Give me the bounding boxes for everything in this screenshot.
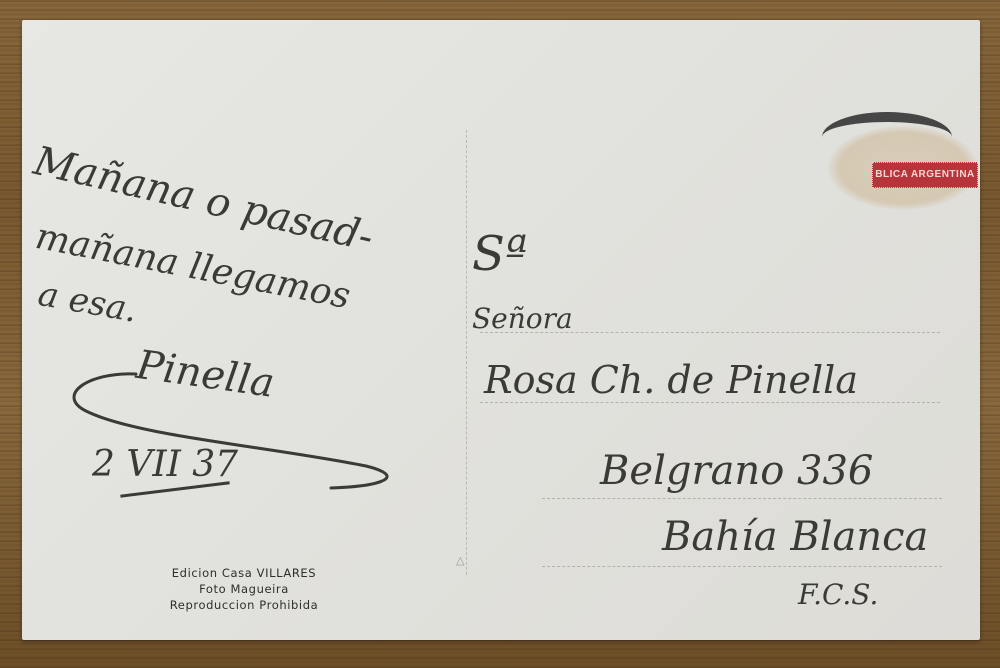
address-street: Belgrano 336	[600, 448, 873, 494]
date: 2 VII 37	[92, 444, 238, 485]
divider-triangle-icon: △	[456, 554, 464, 567]
publisher-imprint-line-1: Edicion Casa VILLARES	[134, 565, 354, 581]
postage-stamp: BLICA ARGENTINA	[872, 162, 978, 188]
address-salutation: Sª	[472, 226, 528, 282]
publisher-imprint-line-2: Foto Magueira	[134, 581, 354, 597]
postmark-icon	[822, 112, 952, 162]
address-rule-2	[480, 402, 940, 403]
postcard: BLICA ARGENTINA Mañana o pasad- mañana l…	[22, 20, 980, 640]
center-divider	[466, 130, 467, 575]
address-name: Rosa Ch. de Pinella	[484, 358, 858, 402]
publisher-imprint-line-3: Reproduccion Prohibida	[134, 597, 354, 613]
address-title: Señora	[472, 302, 573, 335]
message-line-3: a esa.	[35, 274, 140, 331]
address-rule-3	[542, 498, 942, 499]
address-rule-4	[542, 566, 942, 567]
address-city: Bahía Blanca	[662, 514, 928, 560]
address-note: F.C.S.	[798, 578, 878, 611]
stamp-area: BLICA ARGENTINA	[822, 108, 982, 212]
